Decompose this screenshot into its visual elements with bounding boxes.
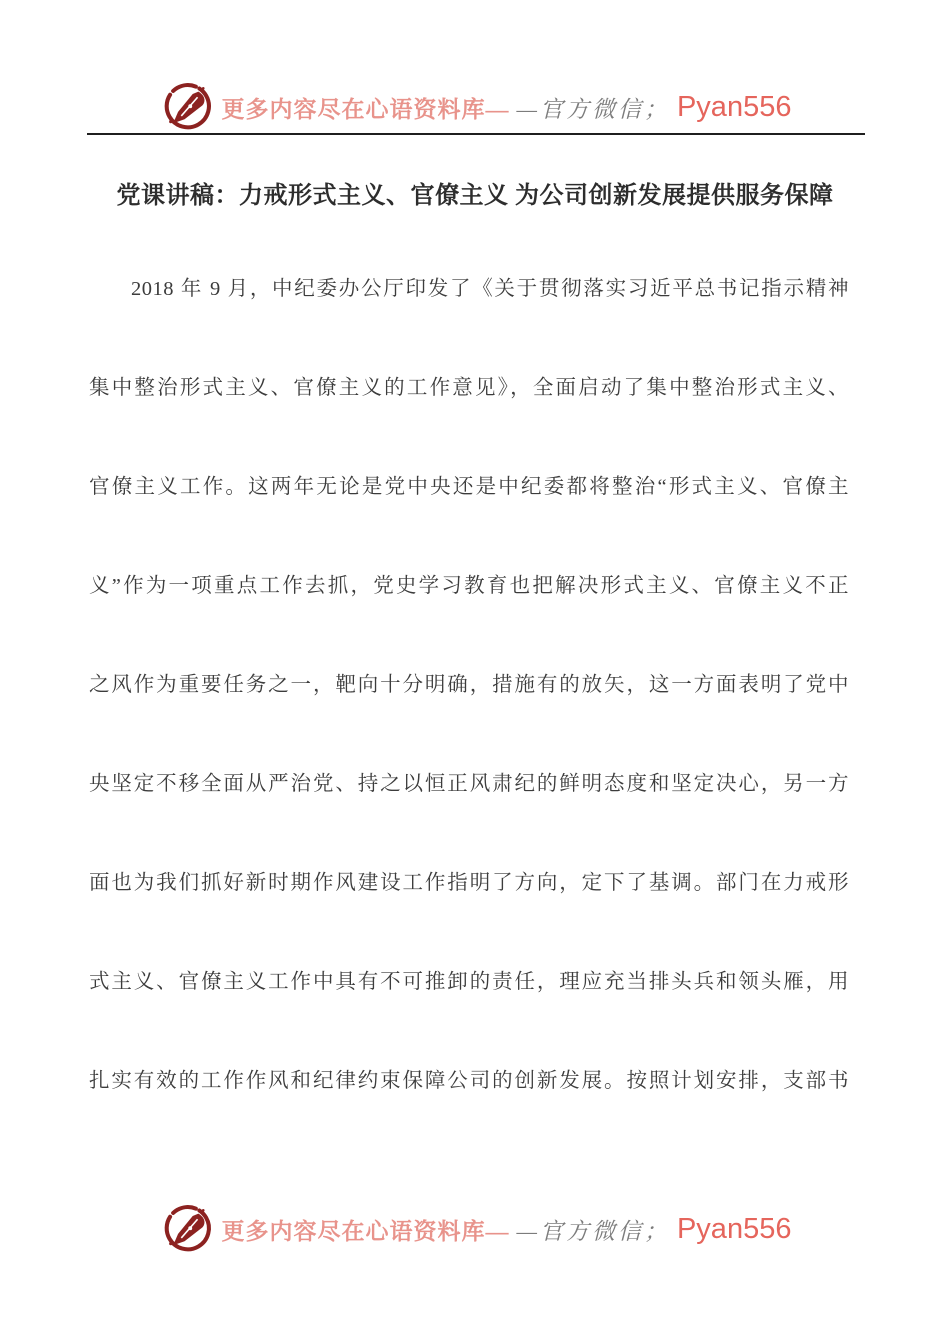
body-line: 央坚定不移全面从严治党、持之以恒正风肃纪的鲜明态度和坚定决心，另一方 — [89, 735, 849, 834]
body-line: 官僚主义工作。这两年无论是党中央还是中纪委都将整治“形式主义、官僚主 — [89, 438, 849, 537]
document-body: 2018 年 9 月，中纪委办公厅印发了《关于贯彻落实习近平总书记指示精神 集中… — [89, 240, 849, 1131]
body-line: 面也为我们抓好新时期作风建设工作指明了方向，定下了基调。部门在力戒形 — [89, 834, 849, 933]
page-header: 更多内容尽在心语资料库— —官方微信； Pyan556 — [88, 80, 862, 134]
wechat-label: —官方微信； — [517, 1213, 670, 1246]
wechat-id: Pyan556 — [677, 1213, 792, 1246]
document-title: 党课讲稿：力戒形式主义、官僚主义 为公司创新发展提供服务保障 — [88, 179, 862, 213]
body-line: 义”作为一项重点工作去抓，党史学习教育也把解决形式主义、官僚主义不正 — [89, 537, 849, 636]
body-line: 之风作为重要任务之一，靶向十分明确，措施有的放矢，这一方面表明了党中 — [89, 636, 849, 735]
brand-text: 更多内容尽在心语资料库— — [222, 91, 510, 124]
body-line: 2018 年 9 月，中纪委办公厅印发了《关于贯彻落实习近平总书记指示精神 — [89, 240, 849, 339]
brand-text: 更多内容尽在心语资料库— — [222, 1213, 510, 1246]
pen-nib-logo-icon — [159, 1203, 215, 1255]
body-line: 式主义、官僚主义工作中具有不可推卸的责任，理应充当排头兵和领头雁，用 — [89, 933, 849, 1032]
wechat-id: Pyan556 — [677, 91, 792, 124]
body-line: 扎实有效的工作作风和纪律约束保障公司的创新发展。按照计划安排，支部书 — [89, 1032, 849, 1131]
pen-nib-logo-icon — [159, 81, 215, 133]
wechat-label: —官方微信； — [517, 91, 670, 124]
body-line: 集中整治形式主义、官僚主义的工作意见》，全面启动了集中整治形式主义、 — [89, 339, 849, 438]
document-page: 更多内容尽在心语资料库— —官方微信； Pyan556 党课讲稿：力戒形式主义、… — [0, 0, 950, 1344]
header-divider — [87, 133, 865, 135]
page-footer: 更多内容尽在心语资料库— —官方微信； Pyan556 — [88, 1202, 862, 1256]
